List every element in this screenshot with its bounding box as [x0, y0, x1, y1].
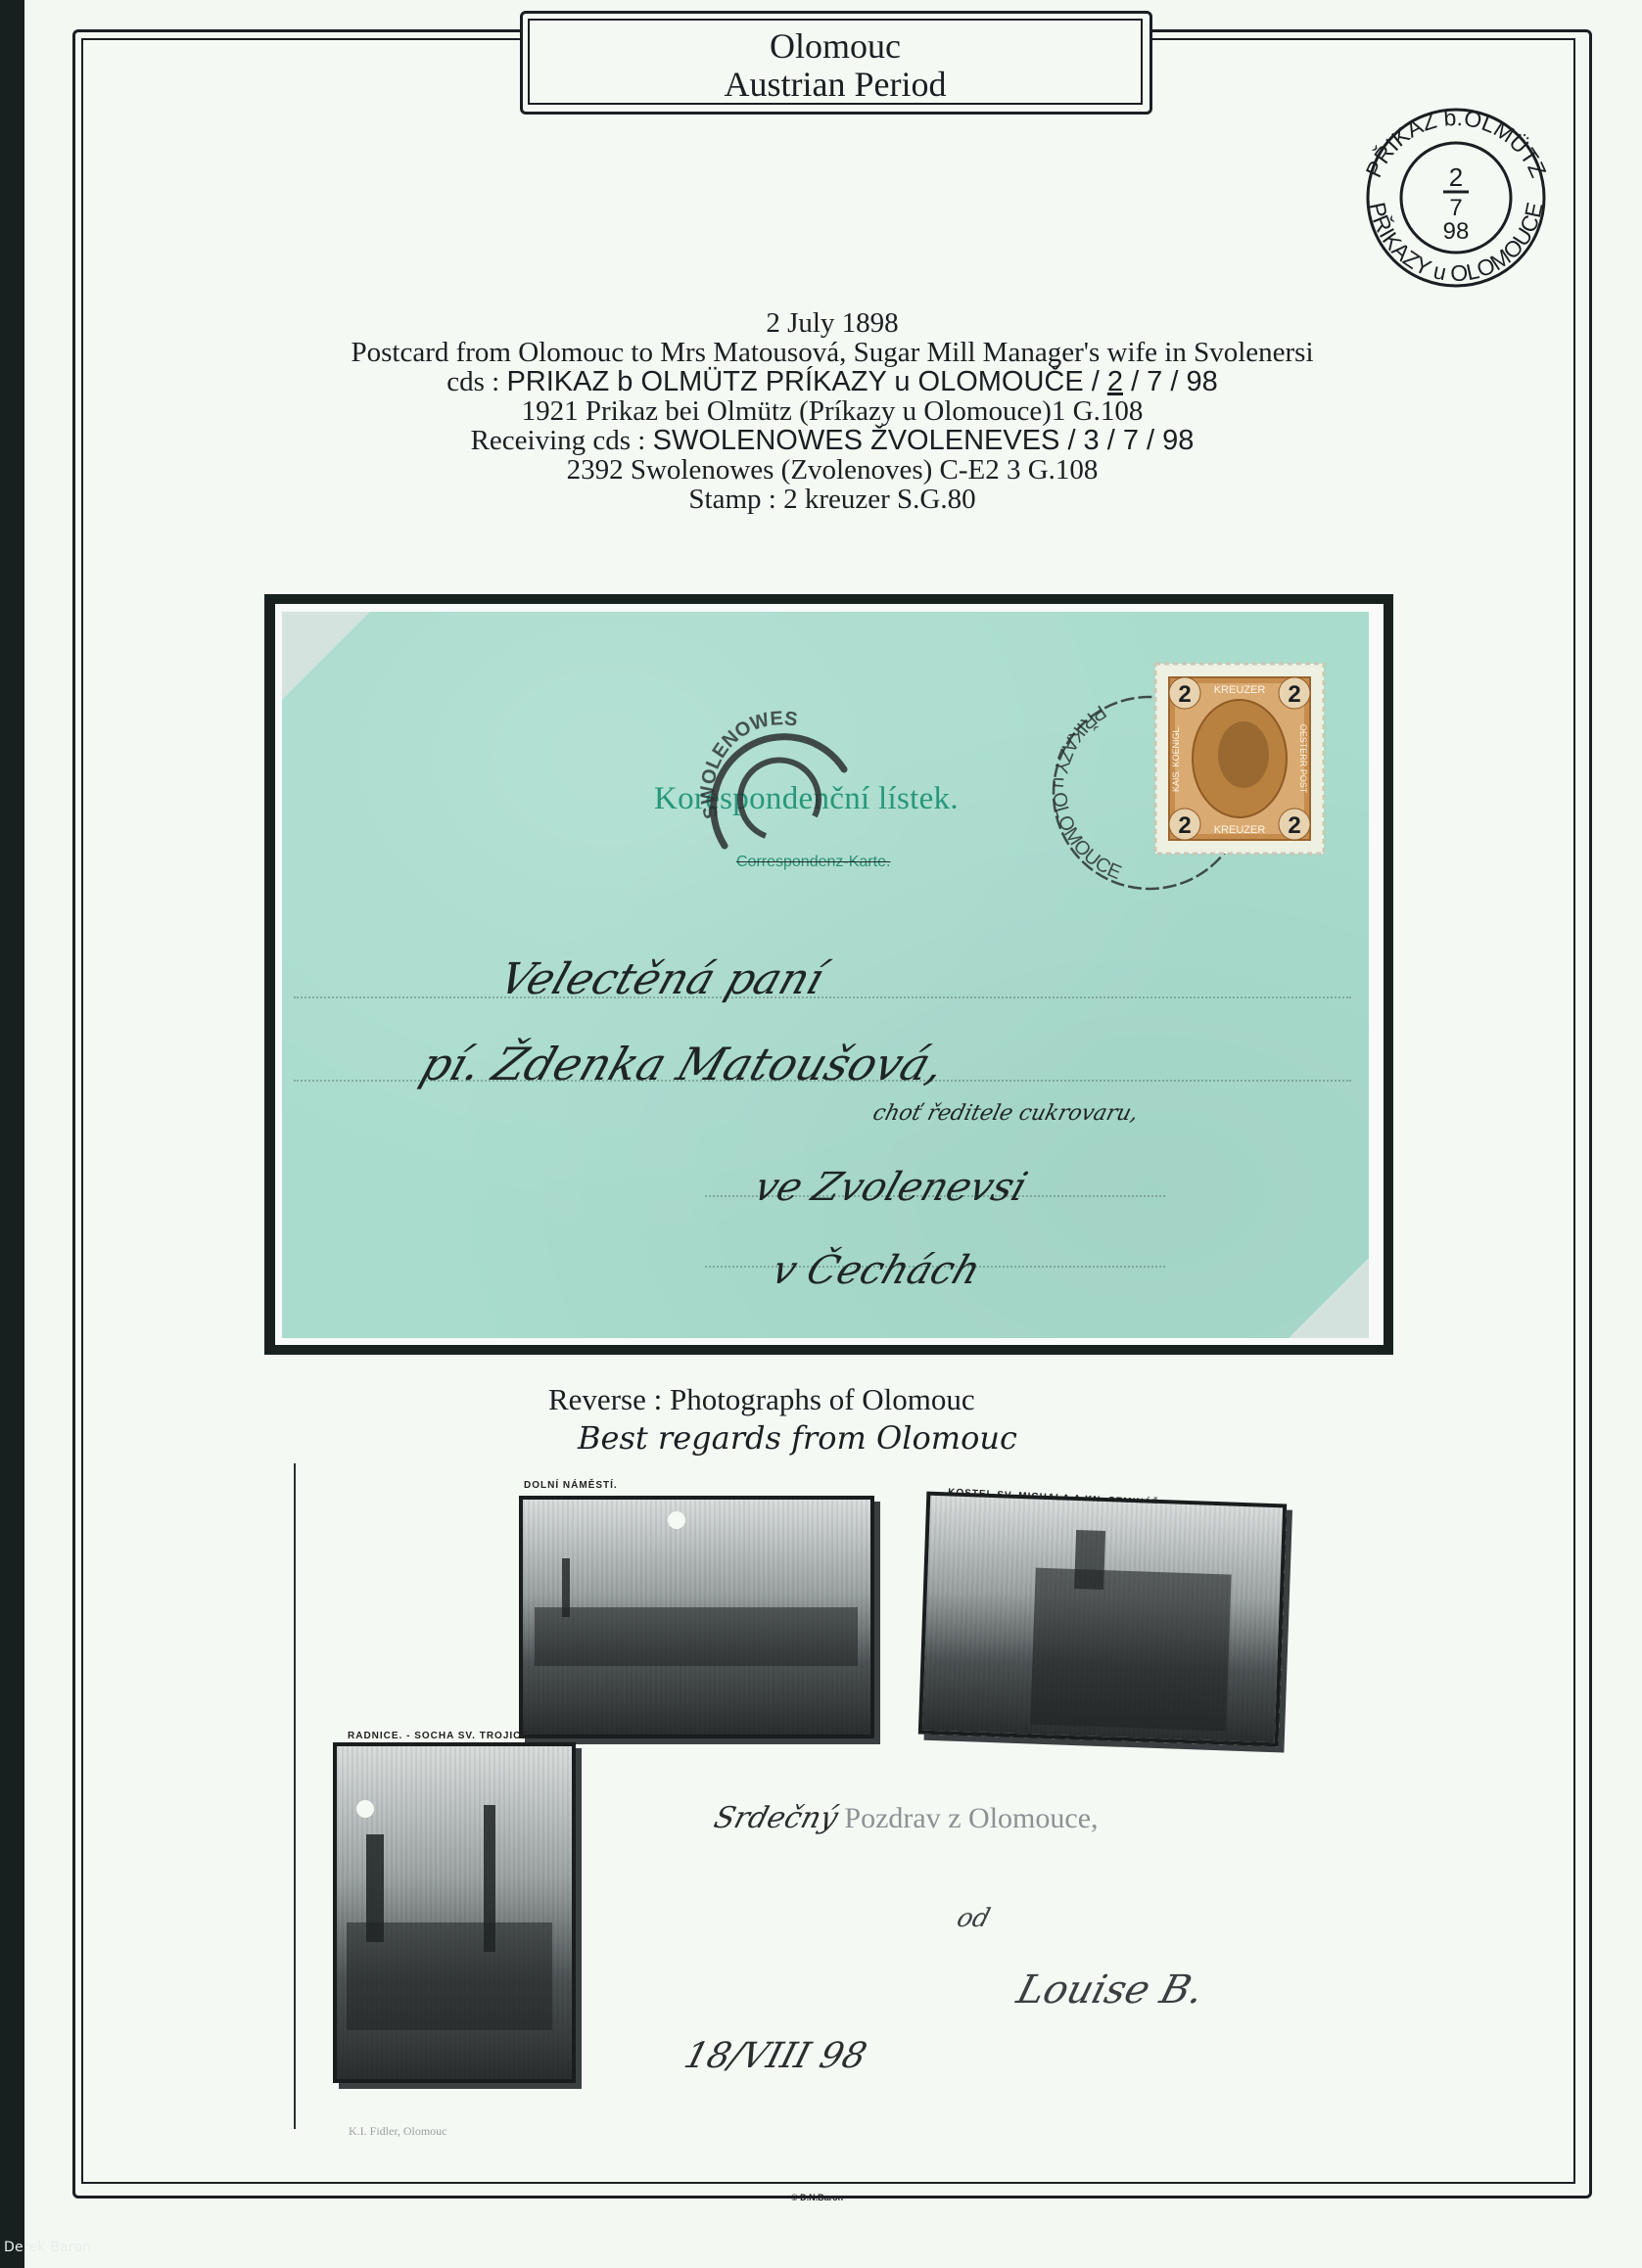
- address-line: pí. Ždenka Matoušová,: [414, 1038, 952, 1090]
- svg-text:2: 2: [1288, 681, 1300, 708]
- dispatch-postmark-text: PŘIKAZY u OLOMOUCE: [1048, 701, 1124, 884]
- address-line: ve Zvolenevsi: [749, 1165, 1033, 1210]
- postmark-illustration: PŘIKAZ b.OLMÜTZ PŘIKAZY u OLOMOUCE 2 7 9…: [1345, 104, 1567, 290]
- photo-dolni-namesti: [519, 1496, 874, 1738]
- receiving-catalog: 2392 Swolenowes (Zvolenoves) C-E2 3 G.10…: [117, 455, 1547, 485]
- handwritten-signature: Louise B.: [1012, 1967, 1209, 2013]
- cds-catalog: 1921 Prikaz bei Olmütz (Príkazy u Olomou…: [117, 396, 1547, 426]
- reverse-subtitle: Best regards from Olomouc: [578, 1419, 1017, 1457]
- svg-text:OESTERR POST: OESTERR POST: [1298, 724, 1308, 794]
- item-date: 2 July 1898: [117, 308, 1547, 338]
- publisher-imprint: K.I. Fidler, Olomouc: [349, 2124, 447, 2139]
- photo-kostel-sv-michala: [918, 1492, 1287, 1747]
- watermark: Derek Baron: [4, 2240, 91, 2255]
- punch-hole: [668, 1511, 685, 1529]
- address-line: v Čechách: [767, 1248, 987, 1293]
- reverse-title: Reverse : Photographs of Olomouc: [548, 1382, 975, 1417]
- scan-edge-strip: [0, 0, 24, 2268]
- stamp-bottom-text: KREUZER: [1214, 824, 1266, 836]
- address-rule: [294, 996, 1351, 998]
- reverse-card-edge: [294, 1463, 296, 2129]
- svg-text:2: 2: [1178, 812, 1191, 839]
- postmark-day: 2: [1449, 162, 1463, 192]
- page-subtitle: Austrian Period: [530, 66, 1141, 103]
- stamp-description: Stamp : 2 kreuzer S.G.80: [117, 485, 1547, 514]
- cds-line: cds : PRIKAZ b OLMÜTZ PRÍKAZY u OLOMOUČE…: [117, 367, 1547, 396]
- photo-caption: DOLNÍ NÁMĚSTÍ.: [524, 1480, 618, 1491]
- svg-text:PŘIKAZY u OLOMOUCE: PŘIKAZY u OLOMOUCE: [1048, 701, 1124, 884]
- receiving-postmark: SWOLENOWES: [697, 699, 864, 875]
- svg-text:KAIS. KOENIGL.: KAIS. KOENIGL.: [1171, 725, 1181, 792]
- item-summary: Postcard from Olomouc to Mrs Matousová, …: [117, 338, 1547, 367]
- photo-corner-top-left: [282, 612, 370, 700]
- svg-text:2: 2: [1288, 812, 1300, 839]
- address-line: Velectěná paní: [493, 954, 830, 1004]
- title-box: Olomouc Austrian Period: [528, 19, 1143, 105]
- photo-corner-bottom-right: [1289, 1258, 1369, 1338]
- stamp-top-text: KREUZER: [1214, 684, 1266, 696]
- photo-caption: RADNICE. - SOCHA SV. TROJICE.: [348, 1731, 533, 1741]
- item-description: 2 July 1898 Postcard from Olomouc to Mrs…: [117, 308, 1547, 514]
- postmark-year: 98: [1443, 218, 1470, 245]
- photo-radnice: [333, 1742, 576, 2083]
- svg-text:2: 2: [1178, 681, 1191, 708]
- receiving-cds-line: Receiving cds : SWOLENOWES ŽVOLENEVES / …: [117, 426, 1547, 455]
- postmark-month: 7: [1449, 195, 1462, 221]
- address-line: choť ředitele cukrovaru,: [870, 1101, 1141, 1126]
- printed-greeting: Srdečný Pozdrav z Olomouce,: [715, 1801, 1099, 1835]
- page-title: Olomouc: [530, 26, 1141, 66]
- copyright-notice: © D.N.Baron: [791, 2193, 843, 2202]
- punch-hole: [356, 1800, 374, 1818]
- postage-stamp: 2 2 2 2 KREUZER KREUZER OESTERR POST KAI…: [1153, 662, 1326, 856]
- handwritten-date: 18/VIII 98: [680, 2036, 871, 2076]
